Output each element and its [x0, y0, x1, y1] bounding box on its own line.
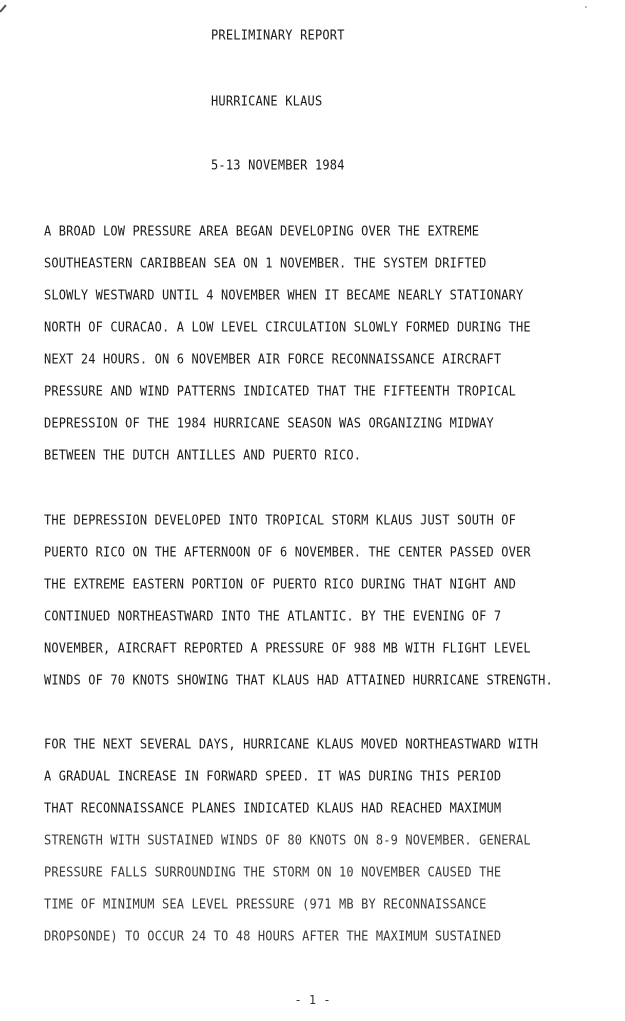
text-line: NEXT 24 HOURS. ON 6 NOVEMBER AIR FORCE R… — [44, 350, 619, 386]
text-line: A BROAD LOW PRESSURE AREA BEGAN DEVELOPI… — [44, 222, 619, 258]
text-line: CONTINUED NORTHEASTWARD INTO THE ATLANTI… — [44, 607, 619, 643]
scan-mark — [0, 4, 7, 12]
text-line: TIME OF MINIMUM SEA LEVEL PRESSURE (971 … — [44, 895, 619, 931]
text-line: STRENGTH WITH SUSTAINED WINDS OF 80 KNOT… — [44, 831, 619, 867]
scan-speck — [585, 6, 587, 8]
text-line: FOR THE NEXT SEVERAL DAYS, HURRICANE KLA… — [44, 735, 619, 771]
text-line: PRESSURE FALLS SURROUNDING THE STORM ON … — [44, 863, 619, 899]
text-line: DEPRESSION OF THE 1984 HURRICANE SEASON … — [44, 414, 619, 450]
paragraph-2: THE DEPRESSION DEVELOPED INTO TROPICAL S… — [44, 511, 619, 703]
text-line: PRESSURE AND WIND PATTERNS INDICATED THA… — [44, 382, 619, 418]
text-line: SOUTHEASTERN CARIBBEAN SEA ON 1 NOVEMBER… — [44, 254, 619, 290]
report-title: PRELIMINARY REPORT — [211, 27, 345, 43]
text-line: BETWEEN THE DUTCH ANTILLES AND PUERTO RI… — [44, 446, 619, 482]
text-line: PUERTO RICO ON THE AFTERNOON OF 6 NOVEMB… — [44, 543, 619, 579]
text-line: NOVEMBER, AIRCRAFT REPORTED A PRESSURE O… — [44, 639, 619, 675]
text-line: THE DEPRESSION DEVELOPED INTO TROPICAL S… — [44, 511, 619, 547]
paragraph-3: FOR THE NEXT SEVERAL DAYS, HURRICANE KLA… — [44, 735, 619, 959]
document-page: PRELIMINARY REPORT HURRICANE KLAUS 5-13 … — [0, 0, 625, 1021]
page-number: - 1 - — [0, 993, 625, 1007]
text-line: DROPSONDE) TO OCCUR 24 TO 48 HOURS AFTER… — [44, 927, 619, 963]
text-line: THE EXTREME EASTERN PORTION OF PUERTO RI… — [44, 575, 619, 611]
text-line: WINDS OF 70 KNOTS SHOWING THAT KLAUS HAD… — [44, 671, 619, 707]
text-line: A GRADUAL INCREASE IN FORWARD SPEED. IT … — [44, 767, 619, 803]
text-line: SLOWLY WESTWARD UNTIL 4 NOVEMBER WHEN IT… — [44, 286, 619, 322]
text-line: THAT RECONNAISSANCE PLANES INDICATED KLA… — [44, 799, 619, 835]
text-line: NORTH OF CURACAO. A LOW LEVEL CIRCULATIO… — [44, 318, 619, 354]
storm-name: HURRICANE KLAUS — [211, 93, 322, 109]
report-dates: 5-13 NOVEMBER 1984 — [211, 157, 345, 173]
paragraph-1: A BROAD LOW PRESSURE AREA BEGAN DEVELOPI… — [44, 222, 619, 478]
